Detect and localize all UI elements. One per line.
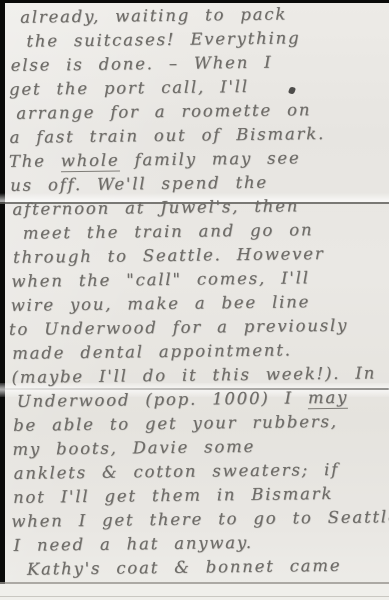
scanned-letter-page: already, waiting to packthe suitcases! E… <box>0 0 389 600</box>
paper-bottom-band <box>0 584 389 600</box>
underlined-word: may <box>308 388 348 409</box>
handwritten-line: to Underwood for a previously <box>4 313 389 342</box>
handwritten-line: be able to get your rubbers, <box>5 409 389 438</box>
letter-text: already, waiting to packthe suitcases! E… <box>0 1 389 582</box>
paper-bottom-faint-line <box>0 596 389 597</box>
underlined-word: whole <box>61 151 120 173</box>
handwritten-line: when I get there to go to Seattle, <box>6 505 389 534</box>
handwritten-line: Kathy's coat & bonnet came <box>7 553 389 582</box>
